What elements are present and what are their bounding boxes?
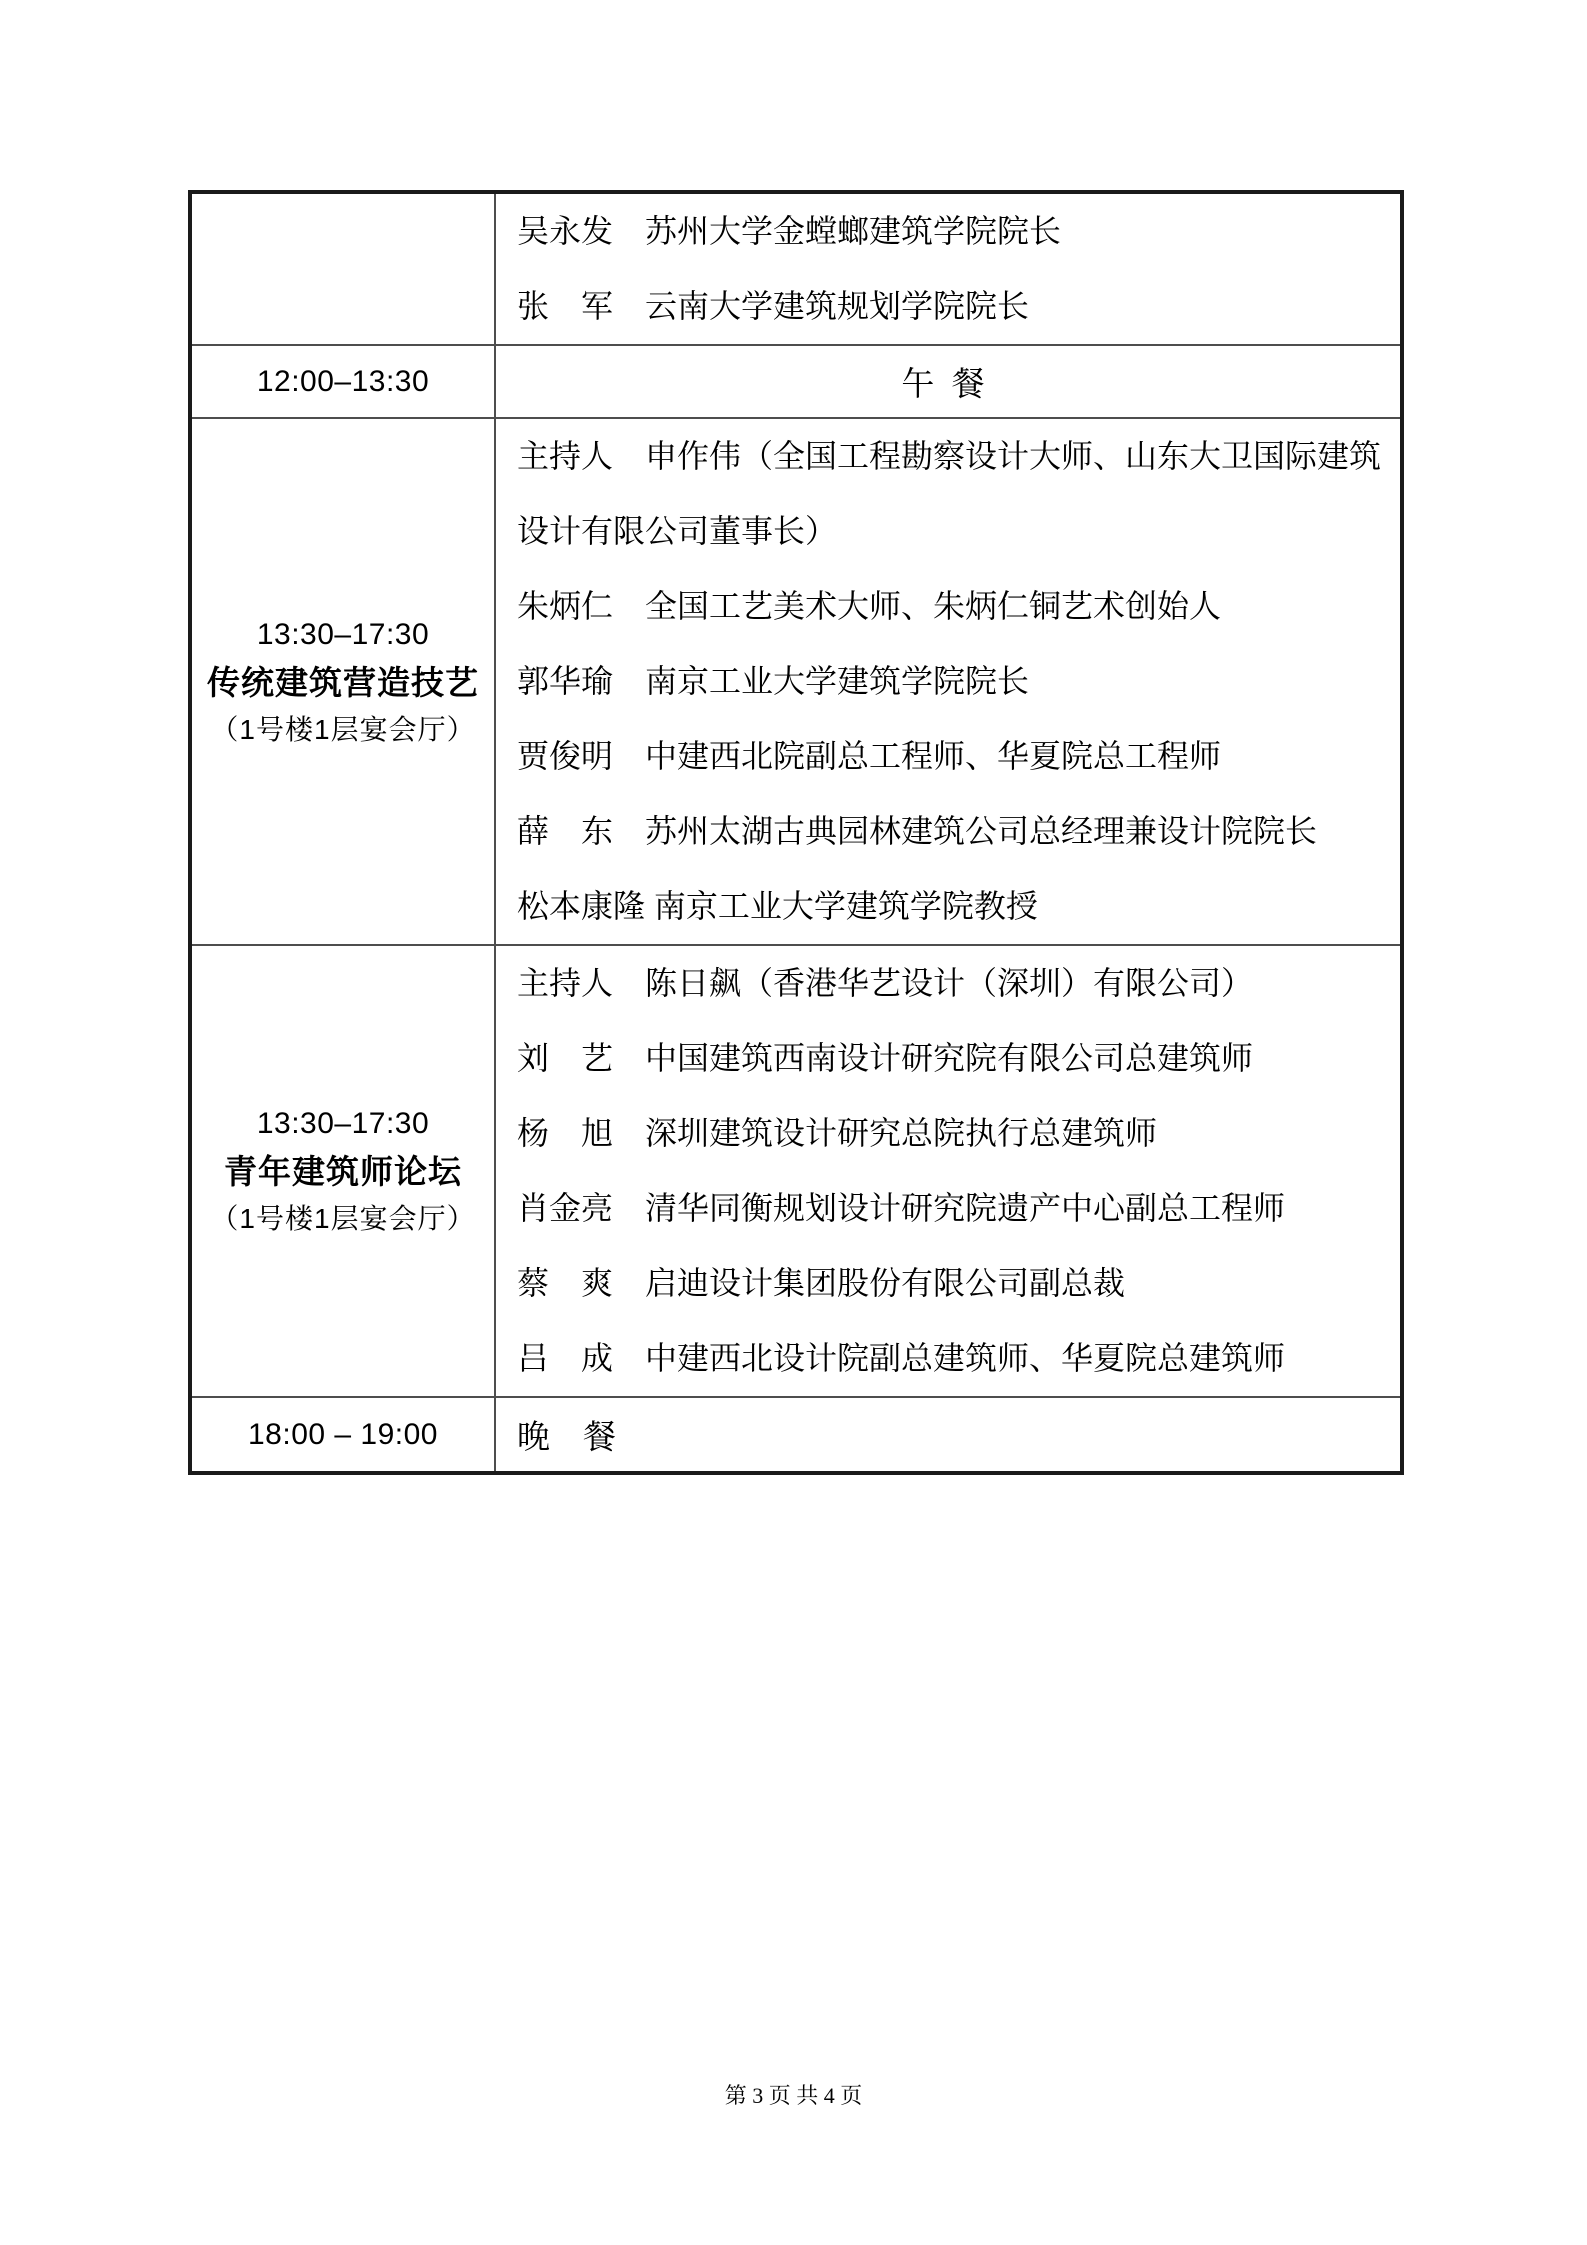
content-cell: 主持人 申作伟（全国工程勘察设计大师、山东大卫国际建筑 设计有限公司董事长） 朱… <box>495 418 1402 945</box>
schedule-row: 13:30–17:30 传统建筑营造技艺 （1号楼1层宴会厅） 主持人 申作伟（… <box>190 418 1402 945</box>
speaker-line: 刘 艺 中国建筑西南设计研究院有限公司总建筑师 <box>517 1021 1394 1096</box>
meal-label: 晚 餐 <box>517 1411 1394 1458</box>
page-footer: 第 3 页 共 4 页 <box>0 2079 1587 2110</box>
time-cell: 13:30–17:30 传统建筑营造技艺 （1号楼1层宴会厅） <box>190 418 495 945</box>
speaker-line: 主持人 申作伟（全国工程勘察设计大师、山东大卫国际建筑 <box>517 419 1394 494</box>
schedule-row: 12:00–13:30 午 餐 <box>190 345 1402 418</box>
schedule-table: 吴永发 苏州大学金螳螂建筑学院院长 张 军 云南大学建筑规划学院院长 12:00… <box>188 190 1404 1475</box>
session-location: （1号楼1层宴会厅） <box>192 1197 494 1241</box>
speaker-line: 张 军 云南大学建筑规划学院院长 <box>517 269 1394 344</box>
speaker-line: 杨 旭 深圳建筑设计研究总院执行总建筑师 <box>517 1096 1394 1171</box>
session-location: （1号楼1层宴会厅） <box>192 708 494 752</box>
schedule-row: 18:00 – 19:00 晚 餐 <box>190 1397 1402 1473</box>
content-cell: 主持人 陈日飙（香港华艺设计（深圳）有限公司） 刘 艺 中国建筑西南设计研究院有… <box>495 945 1402 1397</box>
schedule-row: 13:30–17:30 青年建筑师论坛 （1号楼1层宴会厅） 主持人 陈日飙（香… <box>190 945 1402 1397</box>
time-cell <box>190 192 495 345</box>
content-cell: 晚 餐 <box>495 1397 1402 1473</box>
speaker-line: 蔡 爽 启迪设计集团股份有限公司副总裁 <box>517 1246 1394 1321</box>
session-title: 传统建筑营造技艺 <box>192 658 494 708</box>
speaker-line: 贾俊明 中建西北院副总工程师、华夏院总工程师 <box>517 719 1394 794</box>
speaker-line: 薛 东 苏州太湖古典园林建筑公司总经理兼设计院院长 <box>517 794 1394 869</box>
session-time: 13:30–17:30 <box>192 612 494 658</box>
time-cell: 18:00 – 19:00 <box>190 1397 495 1473</box>
speaker-line: 吕 成 中建西北设计院副总建筑师、华夏院总建筑师 <box>517 1321 1394 1396</box>
speaker-line: 朱炳仁 全国工艺美术大师、朱炳仁铜艺术创始人 <box>517 569 1394 644</box>
speaker-line: 松本康隆 南京工业大学建筑学院教授 <box>517 869 1394 944</box>
speaker-line: 郭华瑜 南京工业大学建筑学院院长 <box>517 644 1394 719</box>
speaker-line: 吴永发 苏州大学金螳螂建筑学院院长 <box>517 194 1394 269</box>
session-time: 13:30–17:30 <box>192 1101 494 1147</box>
content-cell: 午 餐 <box>495 345 1402 418</box>
time-cell: 12:00–13:30 <box>190 345 495 418</box>
speaker-line: 肖金亮 清华同衡规划设计研究院遗产中心副总工程师 <box>517 1171 1394 1246</box>
content-cell: 吴永发 苏州大学金螳螂建筑学院院长 张 军 云南大学建筑规划学院院长 <box>495 192 1402 345</box>
schedule-row: 吴永发 苏州大学金螳螂建筑学院院长 张 军 云南大学建筑规划学院院长 <box>190 192 1402 345</box>
document-page: 吴永发 苏州大学金螳螂建筑学院院长 张 军 云南大学建筑规划学院院长 12:00… <box>0 0 1587 2245</box>
session-time: 12:00–13:30 <box>192 359 494 405</box>
speaker-line: 设计有限公司董事长） <box>517 494 1394 569</box>
time-cell: 13:30–17:30 青年建筑师论坛 （1号楼1层宴会厅） <box>190 945 495 1397</box>
session-time: 18:00 – 19:00 <box>192 1412 494 1458</box>
session-title: 青年建筑师论坛 <box>192 1147 494 1197</box>
meal-label: 午 餐 <box>496 358 1394 405</box>
speaker-line: 主持人 陈日飙（香港华艺设计（深圳）有限公司） <box>517 946 1394 1021</box>
